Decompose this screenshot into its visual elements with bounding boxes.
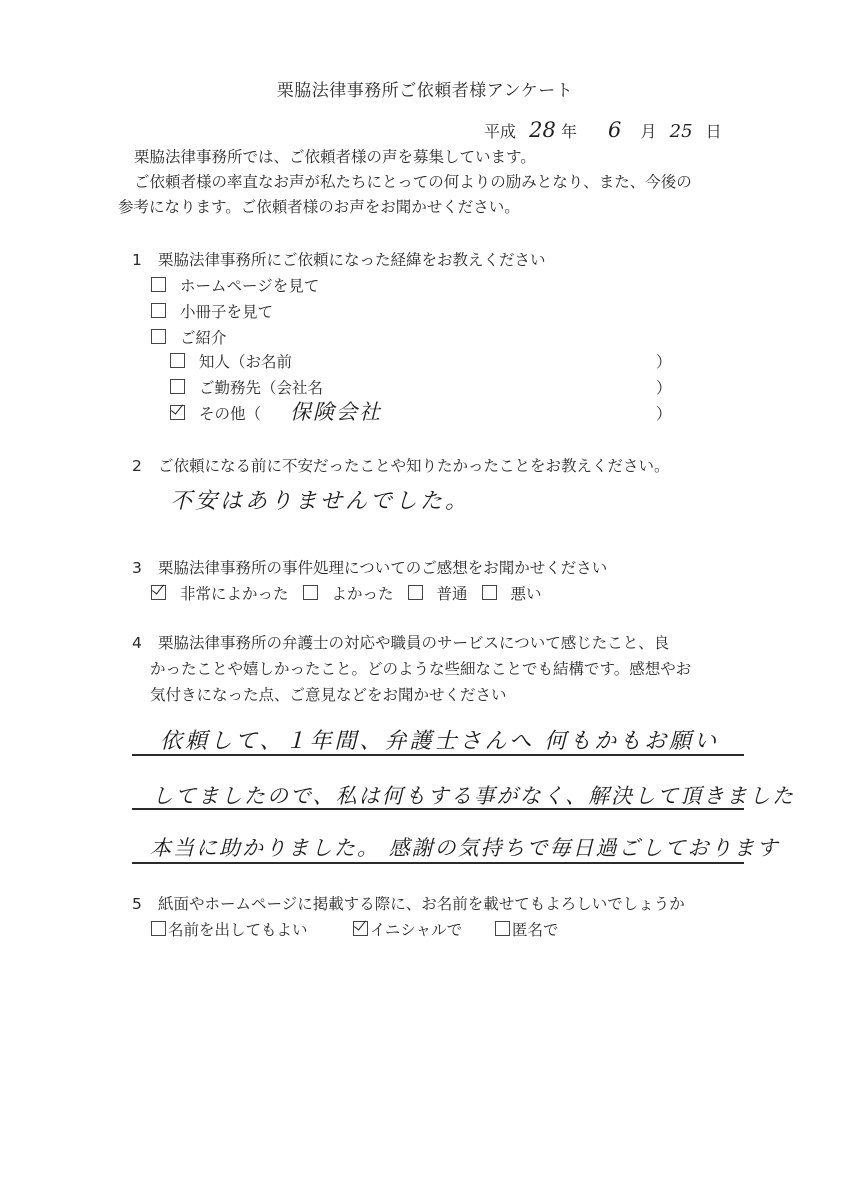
question-text: ご依頼になる前に不安だったことや知りたかったことをお教えください。 (158, 457, 670, 475)
option-label: 普通 (437, 585, 468, 603)
q1-suboption-employer[interactable]: ご勤務先（会社名 (170, 376, 323, 398)
q5-option-full-name[interactable]: 名前を出してもよい (151, 918, 308, 940)
question-number: 3 (132, 559, 158, 577)
question-3: 3栗脇法律事務所の事件処理についてのご感想をお聞かせください (132, 556, 607, 578)
option-label: 名前を出してもよい (168, 921, 308, 939)
option-label: よかった (332, 585, 394, 603)
option-label: 小冊子を見て (180, 303, 273, 321)
month-value: 6 (608, 118, 621, 142)
q5-option-initials[interactable]: イニシャルで (353, 918, 462, 940)
q1-suboption-other[interactable]: その他（ (170, 402, 261, 424)
checkbox[interactable] (151, 329, 166, 344)
close-paren: ） (656, 402, 672, 424)
intro-line-2: ご依頼者様の率直なお声が私たちにとっての何よりの励みとなり、また、今後の (134, 170, 692, 195)
option-label: 非常によかった (180, 585, 289, 603)
checkbox[interactable] (151, 303, 166, 318)
option-label: イニシャルで (370, 921, 462, 939)
q1-option-homepage[interactable]: ホームページを見て (151, 274, 319, 296)
checkbox-checked[interactable] (151, 585, 166, 600)
date-field: 平成 28 年 6 月 25 日 (484, 118, 722, 142)
q2-answer[interactable]: 不安はありませんでした。 (170, 484, 470, 515)
checkbox[interactable] (495, 921, 510, 936)
question-number: 4 (132, 634, 158, 652)
year-label: 年 (561, 119, 577, 142)
checkbox[interactable] (151, 921, 166, 936)
close-paren: ） (656, 376, 672, 398)
option-label: 悪い (511, 585, 542, 603)
q1-option-booklet[interactable]: 小冊子を見て (151, 300, 273, 322)
option-label: ご紹介 (180, 329, 227, 347)
q1-option-referral[interactable]: ご紹介 (151, 326, 227, 348)
question-text: 紙面やホームページに掲載する際に、お名前を載せてもよろしいでしょうか (158, 895, 685, 913)
q5-option-anonymous[interactable]: 匿名で (495, 918, 559, 940)
intro-line-3: 参考になります。ご依頼者様のお声をお聞かせください。 (118, 195, 520, 220)
checkbox[interactable] (408, 585, 423, 600)
q3-options: 非常によかったよかった普通悪い (151, 582, 556, 604)
q3-option-bad[interactable]: 悪い (482, 582, 542, 604)
question-number: 2 (132, 457, 158, 475)
survey-title: 栗脇法律事務所ご依頼者様アンケート (0, 76, 850, 101)
checkbox-checked[interactable] (170, 405, 185, 420)
day-value: 25 (670, 121, 693, 142)
question-4-line-3: 気付きになった点、ご意見などをお聞かせください (150, 683, 507, 705)
q4-answer-line-1[interactable]: 依頼して、１年間、弁護士さんへ 何もかもお願い (160, 724, 719, 755)
question-1: 1栗脇法律事務所にご依頼になった経緯をお教えください (132, 248, 546, 270)
question-text: 栗脇法律事務所にご依頼になった経緯をお教えください (158, 251, 546, 269)
question-4-line-2: かったことや嬉しかったこと。どのような些細なことでも結構です。感想やお (150, 657, 691, 679)
answer-underline (132, 808, 744, 810)
question-2: 2ご依頼になる前に不安だったことや知りたかったことをお教えください。 (132, 454, 670, 476)
intro-line-1: 栗脇法律事務所では、ご依頼者様の声を募集しています。 (134, 145, 536, 170)
checkbox[interactable] (170, 353, 185, 368)
option-label: その他（ (199, 405, 261, 423)
checkbox[interactable] (482, 585, 497, 600)
option-label: 匿名で (512, 921, 559, 939)
question-text-line-1: 栗脇法律事務所の弁護士の対応や職員のサービスについて感じたこと、良 (158, 634, 669, 652)
q3-option-average[interactable]: 普通 (408, 582, 468, 604)
checkbox[interactable] (151, 277, 166, 292)
day-label: 日 (706, 119, 722, 142)
question-text: 栗脇法律事務所の事件処理についてのご感想をお聞かせください (158, 559, 607, 577)
q1-suboption-acquaintance[interactable]: 知人（お名前 (170, 350, 292, 372)
option-label: 知人（お名前 (199, 353, 292, 371)
answer-underline (132, 862, 744, 864)
q1-other-answer[interactable]: 保険会社 (290, 396, 382, 426)
question-number: 1 (132, 251, 158, 269)
close-paren: ） (656, 350, 672, 372)
month-label: 月 (641, 119, 657, 142)
question-number: 5 (132, 895, 158, 913)
option-label: ご勤務先（会社名 (199, 379, 323, 397)
checkbox-checked[interactable] (353, 921, 368, 936)
question-5: 5紙面やホームページに掲載する際に、お名前を載せてもよろしいでしょうか (132, 892, 685, 914)
year-value: 28 (529, 118, 556, 142)
q3-option-very-good[interactable]: 非常によかった (151, 582, 289, 604)
option-label: ホームページを見て (180, 277, 319, 295)
q4-answer-line-2[interactable]: してましたので、私は何もする事がなく、解決して頂きました (152, 780, 795, 810)
checkbox[interactable] (303, 585, 318, 600)
answer-underline (132, 754, 744, 756)
question-4: 4栗脇法律事務所の弁護士の対応や職員のサービスについて感じたこと、良 (132, 631, 669, 653)
era-label: 平成 (484, 119, 516, 142)
q4-answer-line-3[interactable]: 本当に助かりました。 感謝の気持ちで毎日過ごしております (150, 832, 779, 862)
checkbox[interactable] (170, 379, 185, 394)
q3-option-good[interactable]: よかった (303, 582, 394, 604)
